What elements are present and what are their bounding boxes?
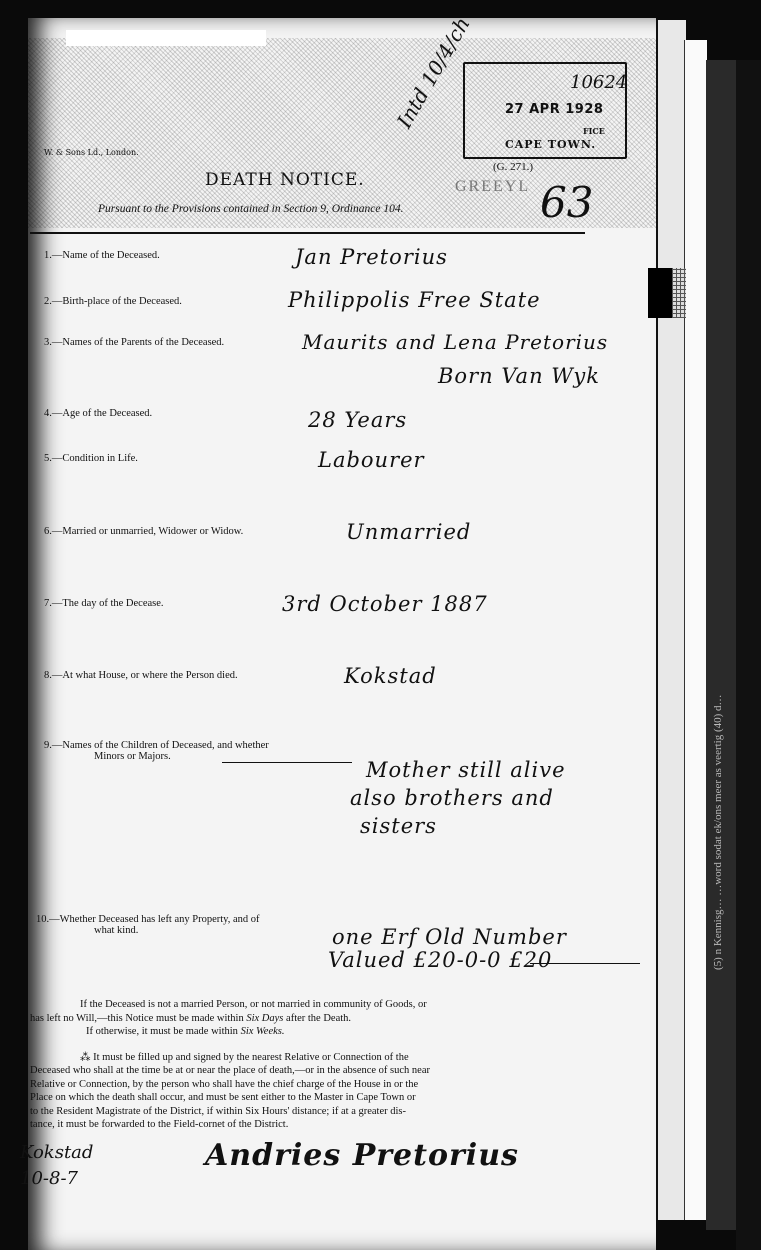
field-6-label: 6.—Married or unmarried, Widower or Wido… bbox=[44, 526, 243, 537]
notice-line: Place on which the death shall occur, an… bbox=[30, 1091, 598, 1105]
field-5-answer: Labourer bbox=[318, 448, 425, 472]
notice-line: to the Resident Magistrate of the Distri… bbox=[30, 1105, 598, 1119]
field-8-label: 8.—At what House, or where the Person di… bbox=[44, 670, 238, 681]
notice-line: tance, it must be forwarded to the Field… bbox=[30, 1118, 598, 1132]
notice-line: Relative or Connection, by the person wh… bbox=[30, 1078, 598, 1092]
field-1-answer: Jan Pretorius bbox=[295, 245, 448, 269]
margin-note-place: Kokstad bbox=[20, 1140, 93, 1166]
file-number: 63 bbox=[540, 178, 593, 227]
field-5-label: 5.—Condition in Life. bbox=[44, 453, 138, 464]
notice-line: Deceased who shall at the time be at or … bbox=[30, 1064, 598, 1078]
margin-note-date: 10-8-7 bbox=[20, 1166, 93, 1192]
notice-text: after the Death. bbox=[283, 1013, 351, 1024]
binding-edge bbox=[736, 60, 761, 1250]
stacked-page-edge bbox=[656, 20, 686, 1220]
stamp-date: 27 APR 1928 bbox=[505, 102, 603, 117]
page-tab bbox=[648, 268, 674, 318]
field-3-answer-line1: Maurits and Lena Pretorius bbox=[302, 330, 608, 354]
field-9-answer-line1: Mother still alive bbox=[366, 758, 566, 782]
notice-emphasis: Six Days bbox=[246, 1013, 283, 1024]
field-6-answer: Unmarried bbox=[346, 520, 471, 544]
header-rule bbox=[30, 232, 585, 234]
notice-text: has left no Will,—this Notice must be ma… bbox=[30, 1013, 246, 1024]
field-7-label: 7.—The day of the Decease. bbox=[44, 598, 164, 609]
field-7-answer: 3rd October 1887 bbox=[282, 592, 488, 616]
instructions-notice: If the Deceased is not a married Person,… bbox=[30, 998, 598, 1132]
stamp-office: FICE bbox=[583, 126, 605, 136]
pencil-annotation: GREEYL bbox=[455, 178, 530, 196]
pointer-line bbox=[222, 762, 352, 763]
field-3-answer-line2: Born Van Wyk bbox=[438, 364, 600, 388]
notice-text: If otherwise, it must be made within bbox=[86, 1026, 241, 1037]
notice-line: If otherwise, it must be made within Six… bbox=[30, 1025, 598, 1039]
notice-line: has left no Will,—this Notice must be ma… bbox=[30, 1012, 598, 1026]
receipt-stamp: 10624 27 APR 1928 FICE CAPE TOWN. bbox=[463, 62, 627, 159]
notice-line: ⁂ It must be filled up and signed by the… bbox=[30, 1051, 598, 1065]
subtitle-text: Pursuant to the Provisions contained in … bbox=[98, 203, 329, 215]
notice-emphasis: Six Weeks. bbox=[241, 1026, 285, 1037]
informant-signature: Andries Pretorius bbox=[205, 1138, 519, 1173]
field-10-answer-line2: Valued £20-0-0 £20 bbox=[328, 948, 552, 972]
field-10-label-line1: 10.—Whether Deceased has left any Proper… bbox=[36, 914, 260, 925]
form-code: (G. 271.) bbox=[493, 161, 533, 173]
field-8-answer: Kokstad bbox=[344, 664, 437, 688]
stamp-number: 10624 bbox=[570, 72, 627, 93]
value-underline bbox=[530, 963, 640, 964]
document-subtitle: Pursuant to the Provisions contained in … bbox=[98, 203, 403, 215]
field-10-label: 10.—Whether Deceased has left any Proper… bbox=[36, 914, 260, 936]
torn-edge bbox=[66, 30, 266, 46]
notice-line: If the Deceased is not a married Person,… bbox=[30, 998, 598, 1012]
side-page-text: (5) n Kennisg… …word sodat ek/ons meer a… bbox=[712, 520, 728, 970]
field-9-label-line2: Minors or Majors. bbox=[44, 751, 269, 762]
stacked-page-edge bbox=[684, 40, 707, 1220]
margin-note: Kokstad 10-8-7 bbox=[20, 1140, 93, 1192]
field-2-answer: Philippolis Free State bbox=[288, 288, 541, 312]
field-3-label: 3.—Names of the Parents of the Deceased. bbox=[44, 337, 224, 348]
field-9-answer-line2: also brothers and bbox=[350, 786, 554, 810]
subtitle-ordinance: Ordinance 104. bbox=[332, 203, 404, 215]
field-10-answer-line1: one Erf Old Number bbox=[332, 925, 567, 949]
field-10-label-line2: what kind. bbox=[36, 925, 260, 936]
grid-paper-tab bbox=[672, 268, 686, 318]
stamp-city: CAPE TOWN. bbox=[505, 138, 596, 151]
field-1-label: 1.—Name of the Deceased. bbox=[44, 250, 160, 261]
field-9-label-line1: 9.—Names of the Children of Deceased, an… bbox=[44, 740, 269, 751]
field-2-label: 2.—Birth-place of the Deceased. bbox=[44, 296, 182, 307]
field-4-label: 4.—Age of the Deceased. bbox=[44, 408, 152, 419]
document-title: DEATH NOTICE. bbox=[205, 170, 365, 190]
printer-imprint: W. & Sons Ld., London. bbox=[44, 148, 139, 157]
field-9-answer-line3: sisters bbox=[360, 814, 437, 838]
field-9-label: 9.—Names of the Children of Deceased, an… bbox=[44, 740, 269, 762]
field-4-answer: 28 Years bbox=[308, 408, 407, 432]
